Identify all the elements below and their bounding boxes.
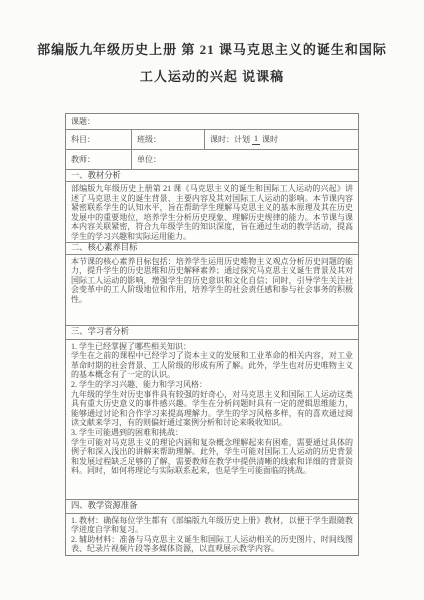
table-row-topic: 课题： bbox=[66, 114, 358, 129]
table-row-teacher-unit: 教师： 单位： bbox=[66, 149, 358, 169]
paragraph: 部编版九年级历史上册第 21 课《马克思主义的诞生和国际工人运动的兴起》讲述了马… bbox=[71, 184, 353, 242]
section-body-learner-analysis: 1. 学生已经掌握了哪些相关知识： 学生在之前的课程中已经学习了资本主义的发展和… bbox=[66, 339, 358, 499]
section-body-cell: 本节课的核心素养目标包括：培养学生运用历史唯物主义观点分析历史问题的能力，提升学… bbox=[66, 255, 358, 325]
paragraph: 1. 学生已经掌握了哪些相关知识： bbox=[71, 342, 353, 352]
section-body-cell: 1. 学生已经掌握了哪些相关知识： 学生在之前的课程中已经学习了资本主义的发展和… bbox=[66, 340, 358, 499]
period-value: 1 bbox=[252, 134, 260, 145]
document-page: 部编版九年级历史上册 第 21 课马克思主义的诞生和国际 工人运动的兴起 说课稿… bbox=[0, 0, 424, 600]
teacher-field-label: 教师： bbox=[66, 150, 131, 169]
paragraph: 九年级的学生对历史事件具有较强的好奇心，对马克思主义和国际工人运动这类具有重大历… bbox=[71, 390, 353, 428]
document-title-line2: 工人运动的兴起 说课稿 bbox=[30, 63, 394, 90]
section-heading-text: 一、教材分析 bbox=[66, 170, 358, 182]
section-heading-teaching-resources: 四、教学资源准备 bbox=[66, 499, 358, 513]
section-heading-text: 三、学习者分析 bbox=[66, 326, 358, 338]
lesson-plan-table: 课题： 科目： 班级： 课时：计划 1 课时 教师： 单位： 一、教材分析 部编… bbox=[65, 113, 359, 556]
subject-field-label: 科目： bbox=[66, 130, 131, 149]
class-field-label: 班级： bbox=[131, 130, 204, 149]
section-heading-text: 四、教学资源准备 bbox=[66, 500, 358, 512]
section-body-material-analysis: 部编版九年级历史上册第 21 课《马克思主义的诞生和国际工人运动的兴起》讲述了马… bbox=[66, 181, 358, 242]
section-heading-material-analysis: 一、教材分析 bbox=[66, 169, 358, 181]
section-body-core-literacy: 本节课的核心素养目标包括：培养学生运用历史唯物主义观点分析历史问题的能力，提升学… bbox=[66, 254, 358, 325]
topic-field-label: 课题： bbox=[66, 116, 358, 128]
document-title-line1: 部编版九年级历史上册 第 21 课马克思主义的诞生和国际 bbox=[30, 36, 394, 63]
section-heading-text: 二、核心素养目标 bbox=[66, 242, 358, 254]
paragraph: 2. 辅助材料：准备与马克思主义诞生和国际工人运动相关的历史图片、时间线图表、纪… bbox=[71, 535, 353, 554]
paragraph: 学生可能对马克思主义的理论内涵和复杂概念理解起来有困难，需要通过具体的例子和深入… bbox=[71, 438, 353, 476]
paragraph: 2. 学生的学习兴趣、能力和学习风格： bbox=[71, 380, 353, 390]
period-prefix: 课时：计划 bbox=[210, 135, 252, 145]
paragraph: 学生在之前的课程中已经学习了资本主义的发展和工业革命的相关内容，对工业革命时期的… bbox=[71, 351, 353, 380]
section-body-teaching-resources: 1. 教材：确保每位学生都有《部编版九年级历史上册》教材，以便于学生跟随教学进度… bbox=[66, 513, 358, 555]
period-field: 课时：计划 1 课时 bbox=[204, 130, 358, 149]
unit-field-label: 单位： bbox=[131, 150, 358, 169]
paragraph: 3. 学生可能遇到的困难和挑战： bbox=[71, 428, 353, 438]
period-suffix: 课时 bbox=[260, 135, 278, 145]
section-body-cell: 部编版九年级历史上册第 21 课《马克思主义的诞生和国际工人运动的兴起》讲述了马… bbox=[66, 182, 358, 242]
paragraph: 本节课的核心素养目标包括：培养学生运用历史唯物主义观点分析历史问题的能力，提升学… bbox=[71, 257, 353, 305]
table-row-subject-class-period: 科目： 班级： 课时：计划 1 课时 bbox=[66, 129, 358, 149]
document-title: 部编版九年级历史上册 第 21 课马克思主义的诞生和国际 工人运动的兴起 说课稿 bbox=[0, 0, 424, 90]
section-heading-core-literacy: 二、核心素养目标 bbox=[66, 242, 358, 254]
section-heading-learner-analysis: 三、学习者分析 bbox=[66, 325, 358, 339]
section-body-cell: 1. 教材：确保每位学生都有《部编版九年级历史上册》教材，以便于学生跟随教学进度… bbox=[66, 514, 358, 555]
paragraph: 1. 教材：确保每位学生都有《部编版九年级历史上册》教材，以便于学生跟随教学进度… bbox=[71, 516, 353, 535]
